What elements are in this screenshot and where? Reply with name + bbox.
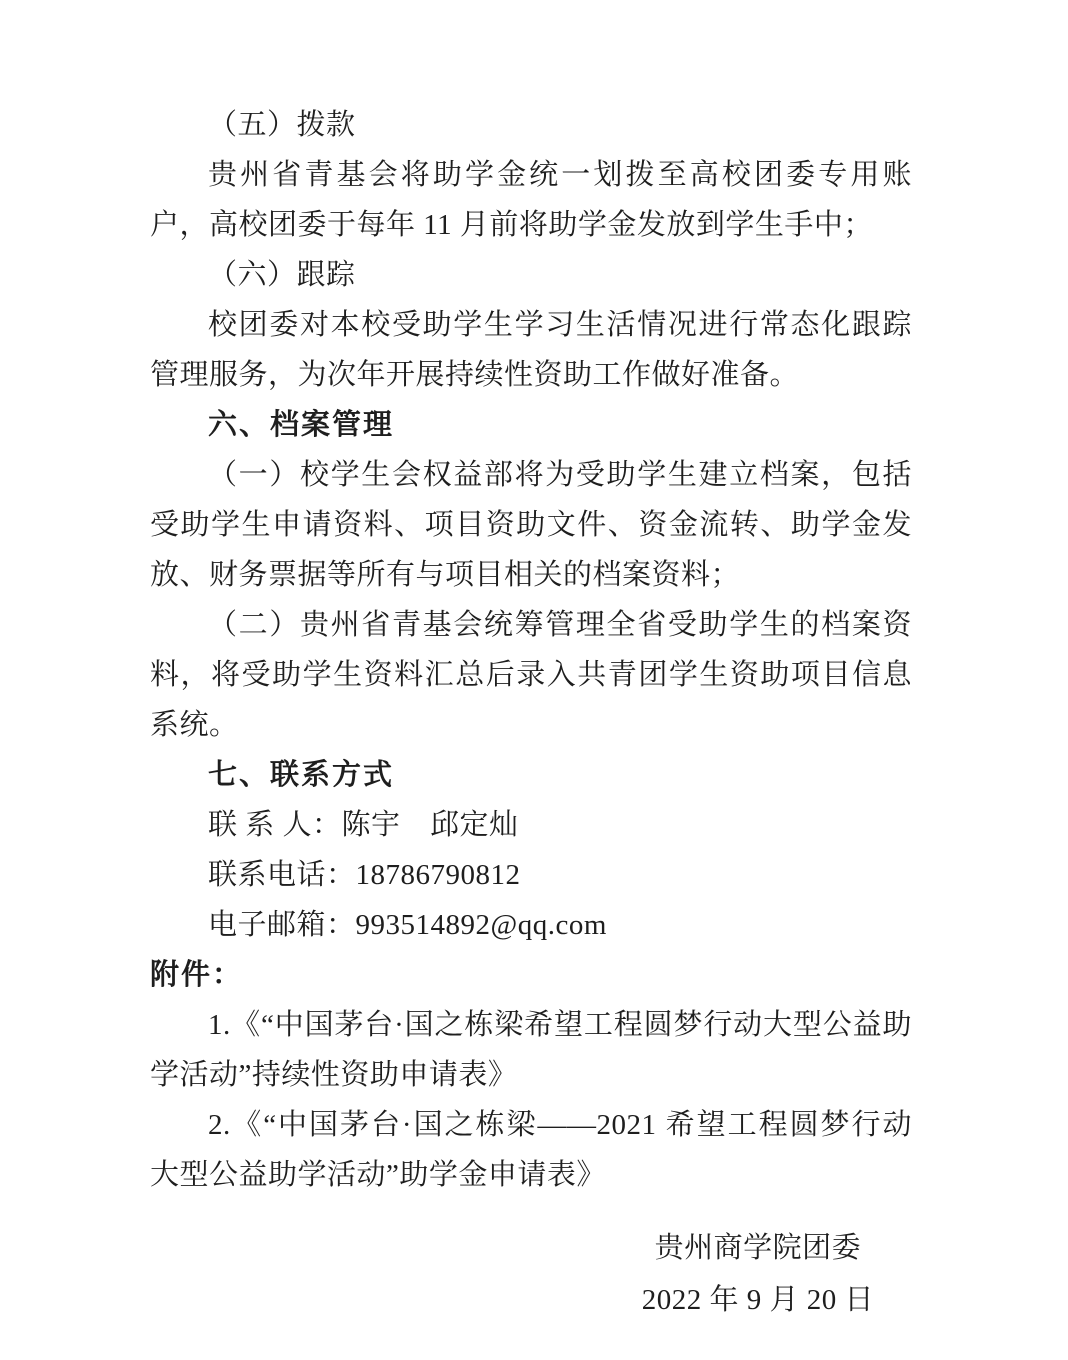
chapter-6-item-1: （一）校学生会权益部将为受助学生建立档案，包括受助学生申请资料、项目资助文件、资… [150,450,912,600]
contact-phone-line: 联系电话：18786790812 [150,850,912,900]
contact-person-line: 联 系 人：陈宇 邱定灿 [150,800,912,850]
contact-email-line: 电子邮箱：993514892@qq.com [150,900,912,950]
section-6-heading: （六）跟踪 [150,250,912,300]
signature-date: 2022 年 9 月 20 日 [642,1274,874,1326]
document-body: （五）拨款 贵州省青基会将助学金统一划拨至高校团委专用账户，高校团委于每年 11… [150,100,912,1326]
section-5-heading: （五）拨款 [150,100,912,150]
attachment-item-1: 1.《“中国茅台·国之栋梁希望工程圆梦行动大型公益助学活动”持续性资助申请表》 [150,1000,912,1100]
attachment-item-2: 2.《“中国茅台·国之栋梁——2021 希望工程圆梦行动大型公益助学活动”助学金… [150,1100,912,1200]
signature-organization: 贵州商学院团委 [655,1222,862,1274]
chapter-6-item-2: （二）贵州省青基会统筹管理全省受助学生的档案资料，将受助学生资料汇总后录入共青团… [150,600,912,750]
signature-block: 贵州商学院团委 2022 年 9 月 20 日 [642,1222,874,1326]
attachments-label: 附件： [150,950,912,1000]
chapter-6-title: 六、档案管理 [150,400,912,450]
section-6-body: 校团委对本校受助学生学习生活情况进行常态化跟踪管理服务，为次年开展持续性资助工作… [150,300,912,400]
chapter-7-title: 七、联系方式 [150,750,912,800]
section-5-body: 贵州省青基会将助学金统一划拨至高校团委专用账户，高校团委于每年 11 月前将助学… [150,150,912,250]
document-page: （五）拨款 贵州省青基会将助学金统一划拨至高校团委专用账户，高校团委于每年 11… [0,0,1068,1360]
